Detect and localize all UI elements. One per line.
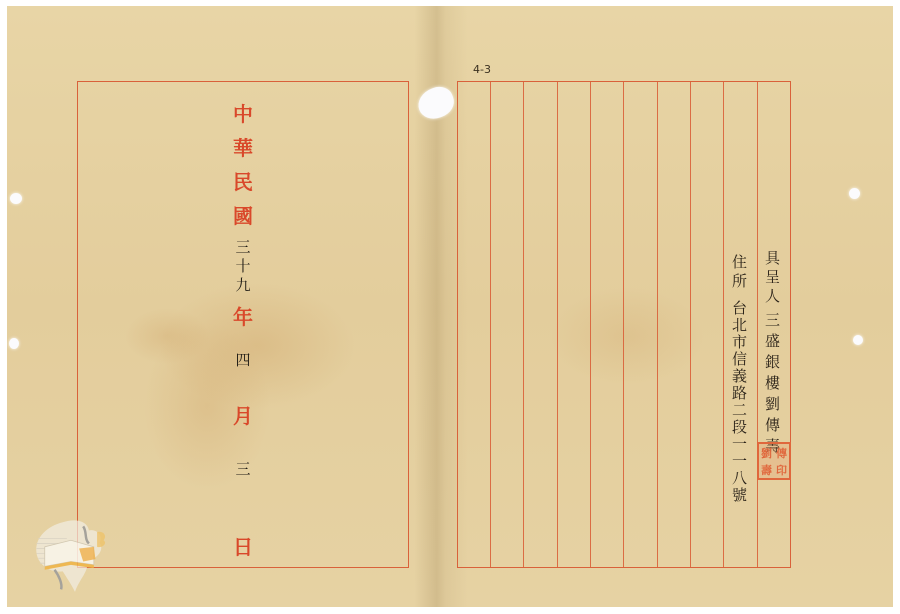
date-char: 四	[235, 353, 250, 368]
date-char: 華	[233, 138, 253, 158]
personal-seal: 劉 傳 壽 印	[757, 442, 791, 480]
column-rule	[557, 81, 558, 568]
column-rule	[690, 81, 691, 568]
date-char: 十	[235, 259, 250, 274]
date-char: 日	[233, 537, 253, 557]
column-rule	[523, 81, 524, 568]
seal-char: 劉	[759, 445, 774, 461]
binding-hole	[9, 338, 19, 349]
column-rule	[490, 81, 491, 568]
date-char: 年	[233, 307, 253, 327]
seal-char: 傳	[774, 445, 789, 461]
page-number: 4-3	[473, 63, 491, 76]
binding-hole	[10, 193, 22, 204]
date-char: 三	[235, 462, 250, 477]
binding-hole	[849, 188, 860, 199]
column-rule	[757, 81, 758, 568]
column-rule	[657, 81, 658, 568]
binding-hole	[853, 335, 863, 345]
date-char: 國	[233, 206, 253, 226]
column-rule	[590, 81, 591, 568]
date-char: 九	[235, 278, 250, 293]
archive-logo-icon	[30, 512, 120, 598]
date-char: 月	[233, 406, 253, 426]
date-char: 三	[235, 240, 250, 255]
address-label: 住所	[731, 254, 746, 292]
petitioner-label: 具呈人	[764, 250, 779, 307]
date-char: 中	[233, 104, 253, 124]
date-char: 民	[233, 172, 253, 192]
column-rule	[723, 81, 724, 568]
column-rule	[623, 81, 624, 568]
address-text: 台北市信義路二段一一八號	[731, 300, 746, 504]
petitioner-name: 三盛銀樓劉傳壽	[764, 312, 779, 459]
seal-char: 壽	[759, 462, 774, 478]
seal-char: 印	[774, 462, 789, 478]
date-column: 中 華 民 國 三 十 九 年 四 月 三 日	[231, 104, 255, 557]
